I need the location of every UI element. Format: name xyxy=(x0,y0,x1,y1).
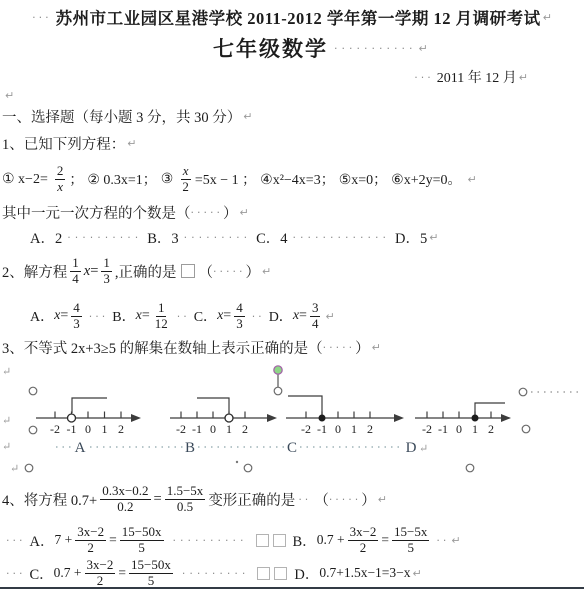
option-d-label: D． xyxy=(269,306,293,326)
fraction: 15−50x5 xyxy=(120,525,164,556)
paragraph-mark-icon: ↵ xyxy=(127,137,136,150)
paren-open: （ xyxy=(176,202,191,223)
fraction: 1.5−5x0.5 xyxy=(165,484,206,515)
numerator: 1.5−5x xyxy=(165,484,206,500)
option-a-label: A． xyxy=(30,530,55,551)
placeholder-box-icon xyxy=(273,534,286,547)
numerator: 4 xyxy=(234,301,245,317)
svg-text:-2: -2 xyxy=(176,422,186,436)
svg-text:0: 0 xyxy=(335,422,341,436)
section-heading: 一、选择题（每小题 3 分，共 30 分） ↵ xyxy=(2,106,252,127)
fraction: 3x−22 xyxy=(85,558,116,589)
fraction: x2 xyxy=(180,164,191,195)
open-point-icon xyxy=(68,414,76,422)
rotation-handle-icon[interactable] xyxy=(274,366,282,374)
numerator: 3 xyxy=(310,301,321,317)
number-line-b xyxy=(170,398,277,422)
fraction: 15−5x5 xyxy=(392,525,429,556)
numerator: 1 xyxy=(156,301,167,317)
denominator: 3 xyxy=(101,272,112,287)
number-line-a xyxy=(36,398,141,422)
subtitle-line: 七年级数学 ··········· ↵ xyxy=(213,33,428,63)
page-title: 苏州市工业园区星港学校 2011-2012 学年第一学期 12 月调研考试 xyxy=(56,5,541,29)
question-3-stem: 3、不等式 2x+3≥5 的解集在数轴上表示正确的是 （ ····· ） ↵ xyxy=(2,337,381,358)
numerator: 3x−2 xyxy=(348,525,379,541)
prompt-text: 其中一元一次方程的个数是 xyxy=(2,202,176,223)
paren-close: ） xyxy=(245,261,260,282)
question-2-options: A． x= 43 ··· B． x= 112 ·· C． x= 43 ·· D．… xyxy=(30,295,335,337)
svg-text:2: 2 xyxy=(488,422,494,436)
denominator: 2 xyxy=(180,180,191,195)
option-d: D．5 xyxy=(395,227,427,248)
paragraph-mark-icon: ↵ xyxy=(419,443,428,455)
equals-sign: = xyxy=(60,308,68,324)
question-1-prompt: 其中一元一次方程的个数是 （ ····· ） ↵ xyxy=(2,202,249,223)
paragraph-mark-icon: ↵ xyxy=(325,310,334,323)
question-4-text: 4、将方程 0.7+ xyxy=(2,489,97,510)
paragraph-mark-icon: ↵ xyxy=(2,366,11,378)
denominator: 0.5 xyxy=(175,500,195,515)
space-marks: ·· xyxy=(252,311,265,322)
resize-handle-icon xyxy=(25,464,33,472)
equation-5: ⑤x=0； xyxy=(339,169,387,189)
fraction: 15−50x5 xyxy=(129,558,173,589)
space-marks: ··· xyxy=(89,311,109,322)
fraction: 34 xyxy=(310,301,321,332)
denominator: 0.2 xyxy=(115,500,135,515)
option-b-label: B． xyxy=(112,306,135,326)
question-1-options: A．2 ·········· B．3 ········· C．4 ·······… xyxy=(30,227,438,248)
paragraph-mark-icon: ↵ xyxy=(262,265,271,278)
leader-dots: ········· xyxy=(184,232,251,243)
title-line: ··· 苏州市工业园区星港学校 2011-2012 学年第一学期 12 月调研考… xyxy=(0,5,584,29)
option-c-label: C． xyxy=(30,563,54,584)
paragraph-mark-icon: ↵ xyxy=(429,231,438,244)
arrow-icon xyxy=(267,414,277,422)
svg-text:1: 1 xyxy=(226,422,232,436)
equals-sign: = xyxy=(109,532,117,548)
equation-3-pre: ③ xyxy=(161,171,174,188)
question-1-stem: 1、已知下列方程： ↵ xyxy=(2,133,136,154)
resize-handle-icon xyxy=(274,387,282,395)
resize-handle-icon xyxy=(29,426,37,434)
svg-text:-2: -2 xyxy=(422,422,432,436)
space-marks: ··· xyxy=(32,12,52,23)
answer-blank-dots: ····· xyxy=(213,266,245,277)
numerator: 2 xyxy=(55,164,66,180)
paragraph-mark-icon: ↵ xyxy=(519,71,528,84)
bottom-rule xyxy=(0,587,584,589)
date-line: ··· 2011 年 12 月 ↵ xyxy=(414,67,528,87)
closed-point-icon xyxy=(472,415,479,422)
solution-ray xyxy=(475,403,505,415)
empty-paragraph: ↵ xyxy=(3,88,14,104)
equals-sign: = xyxy=(118,565,126,581)
space-marks: ·· xyxy=(298,494,311,505)
option-a: A．2 xyxy=(30,227,62,248)
answer-blank-dots: ····· xyxy=(323,342,355,353)
fraction: 3x−22 xyxy=(75,525,106,556)
leader-dots: ·········· xyxy=(67,232,142,243)
fraction: 43 xyxy=(71,301,82,332)
separator: ； xyxy=(69,169,83,189)
denominator: 4 xyxy=(310,317,321,332)
answer-blank-dots: ····· xyxy=(191,207,223,218)
denominator: 4 xyxy=(70,272,81,287)
paren-close: ） xyxy=(361,489,376,510)
equation-2: ② 0.3x=1； xyxy=(87,169,156,189)
resize-handle-icon xyxy=(466,464,474,472)
space-marks: ··· xyxy=(414,72,434,83)
numerator: 15−50x xyxy=(129,558,173,574)
paragraph-mark-icon: ↵ xyxy=(378,493,387,506)
equals-sign: = xyxy=(223,308,231,324)
fraction: 43 xyxy=(234,301,245,332)
paren-open: （ xyxy=(314,489,329,510)
numerator: 15−50x xyxy=(120,525,164,541)
question-1-equations: ① x−2= 2x ； ② 0.3x=1； ③ x2 =5x − 1 ； ④x²… xyxy=(2,157,481,201)
svg-text:1: 1 xyxy=(102,422,108,436)
numerator: 3x−2 xyxy=(85,558,116,574)
arrow-icon xyxy=(131,414,141,422)
paragraph-mark-icon: ↵ xyxy=(243,110,252,123)
ticks-d: -2-1012 xyxy=(422,422,494,436)
paren-open: （ xyxy=(199,261,214,282)
question-2-text: 2、解方程 xyxy=(2,261,67,282)
svg-text:-1: -1 xyxy=(438,422,448,436)
numerator: 15−5x xyxy=(392,525,429,541)
paragraph-mark-icon: ↵ xyxy=(413,567,422,580)
solution-ray xyxy=(72,398,107,413)
svg-text:-1: -1 xyxy=(317,422,327,436)
question-3-text: 3、不等式 2x+3≥5 的解集在数轴上表示正确的是 xyxy=(2,337,308,358)
paragraph-mark-icon: ↵ xyxy=(5,89,14,102)
equals-sign: = xyxy=(154,491,162,508)
space-marks: ·· xyxy=(436,535,449,546)
ticks-c: -2-1012 xyxy=(301,422,373,436)
solution-ray xyxy=(197,398,229,413)
fraction: 112 xyxy=(153,301,170,332)
leader-dots: ·········· xyxy=(173,535,248,546)
svg-text:2: 2 xyxy=(118,422,124,436)
resize-handle-icon xyxy=(519,388,527,396)
paragraph-mark-icon: ↵ xyxy=(2,415,11,427)
equals-sign: = xyxy=(90,263,98,280)
equation-6: ⑥x+2y=0。 xyxy=(391,169,461,189)
option-a-label: A． xyxy=(30,306,54,326)
denominator: 3 xyxy=(234,317,245,332)
stem-post: 变形正确的是 xyxy=(208,489,295,510)
ticks-a: -2-1012 xyxy=(50,422,124,436)
fraction: 3x−22 xyxy=(348,525,379,556)
equation-3-post: =5x − 1 ； xyxy=(195,169,256,189)
fraction: 0.3x−0.20.2 xyxy=(100,484,150,515)
number-line-d xyxy=(415,403,511,422)
equals-sign: = xyxy=(142,308,150,324)
question-2-stem: 2、解方程 14 x= 13 ,正确的是 （ ····· ） ↵ xyxy=(2,250,271,292)
svg-text:-1: -1 xyxy=(192,422,202,436)
svg-text:-2: -2 xyxy=(301,422,311,436)
denominator: 3 xyxy=(71,317,82,332)
numerator: 3x−2 xyxy=(75,525,106,541)
ticks-b: -2-1012 xyxy=(176,422,248,436)
exam-date: 2011 年 12 月 xyxy=(437,67,517,87)
arrow-icon xyxy=(501,414,511,422)
numerator: x xyxy=(181,164,191,180)
anchor-mark xyxy=(236,461,238,463)
fraction: 2x xyxy=(55,164,66,195)
number-line-figure: ↵ ↵ ↵ ↵ -2-1012 -2-1012 xyxy=(0,358,584,473)
figure-label-d: D xyxy=(406,440,417,456)
solution-ray xyxy=(288,396,322,415)
section-heading-text: 一、选择题（每小题 3 分，共 30 分） xyxy=(2,106,241,127)
svg-text:-1: -1 xyxy=(67,422,77,436)
space-marks: ··· xyxy=(6,535,26,546)
stem-post: ,正确的是 xyxy=(115,261,177,282)
paragraph-mark-icon: ↵ xyxy=(239,206,248,219)
fraction: 13 xyxy=(101,256,112,287)
svg-text:-2: -2 xyxy=(50,422,60,436)
equation-4: ④x²−4x=3； xyxy=(260,169,335,189)
option-d-equation: 0.7+1.5x−1=3−x xyxy=(319,565,410,581)
option-b: B．3 xyxy=(147,227,178,248)
paragraph-mark-icon: ↵ xyxy=(372,341,381,354)
svg-text:2: 2 xyxy=(242,422,248,436)
option-c: C．4 xyxy=(256,227,287,248)
question-1-text: 1、已知下列方程： xyxy=(2,133,125,154)
paren-close: ） xyxy=(355,337,370,358)
closed-point-icon xyxy=(319,415,326,422)
paren-close: ） xyxy=(223,202,238,223)
option-b-label: B． xyxy=(293,530,317,551)
resize-handle-icon xyxy=(244,464,252,472)
svg-text:0: 0 xyxy=(210,422,216,436)
figure-label-b: B xyxy=(185,440,195,456)
placeholder-box-icon xyxy=(256,534,269,547)
space-marks: ··· xyxy=(6,568,26,579)
paragraph-mark-icon: ↵ xyxy=(543,11,552,24)
denominator: x xyxy=(55,180,65,195)
svg-text:0: 0 xyxy=(85,422,91,436)
question-4-stem: 4、将方程 0.7+ 0.3x−0.20.2 = 1.5−5x0.5 变形正确的… xyxy=(2,478,387,520)
option-c-label: C． xyxy=(194,306,217,326)
numerator: 1 xyxy=(70,256,81,272)
exam-document-page: ··· 苏州市工业园区星港学校 2011-2012 学年第一学期 12 月调研考… xyxy=(0,0,584,595)
paragraph-mark-icon: ↵ xyxy=(2,441,11,453)
numerator: 1 xyxy=(101,256,112,272)
open-point-icon xyxy=(225,414,233,422)
figure-label-a: A xyxy=(75,440,86,456)
placeholder-box-icon xyxy=(257,567,270,580)
paragraph-mark-icon: ↵ xyxy=(451,534,460,547)
paragraph-mark-icon: ↵ xyxy=(10,463,19,473)
denominator: 12 xyxy=(153,317,170,332)
equals-sign: = xyxy=(381,532,389,548)
arrow-icon xyxy=(394,414,404,422)
svg-text:2: 2 xyxy=(367,422,373,436)
numerator: 0.3x−0.2 xyxy=(100,484,150,500)
resize-handle-icon xyxy=(29,387,37,395)
figure-label-c: C xyxy=(287,440,297,456)
option-d-label: D． xyxy=(294,563,319,584)
leader-dots: ············· xyxy=(293,232,390,243)
paragraph-mark-icon: ↵ xyxy=(418,42,427,55)
term: 0.7 + xyxy=(54,565,82,581)
space-marks: ·· xyxy=(177,311,190,322)
number-line-c xyxy=(286,396,404,422)
equals-sign: = xyxy=(299,308,307,324)
numerator: 4 xyxy=(71,301,82,317)
paren-open: （ xyxy=(308,337,323,358)
leader-dots: ········· xyxy=(182,568,249,579)
paragraph-mark-icon: ↵ xyxy=(468,173,477,186)
space-marks: ··········· xyxy=(334,43,416,54)
subject-title: 七年级数学 xyxy=(213,33,328,63)
fraction: 14 xyxy=(70,256,81,287)
equation-1: ① x−2= xyxy=(2,171,48,188)
resize-handle-icon xyxy=(522,425,530,433)
placeholder-box-icon xyxy=(181,264,195,278)
svg-text:0: 0 xyxy=(456,422,462,436)
term: 0.7 + xyxy=(317,532,345,548)
answer-blank-dots: ····· xyxy=(329,494,361,505)
placeholder-box-icon xyxy=(274,567,287,580)
term: 7 + xyxy=(54,532,72,548)
svg-text:1: 1 xyxy=(472,422,478,436)
svg-text:1: 1 xyxy=(351,422,357,436)
